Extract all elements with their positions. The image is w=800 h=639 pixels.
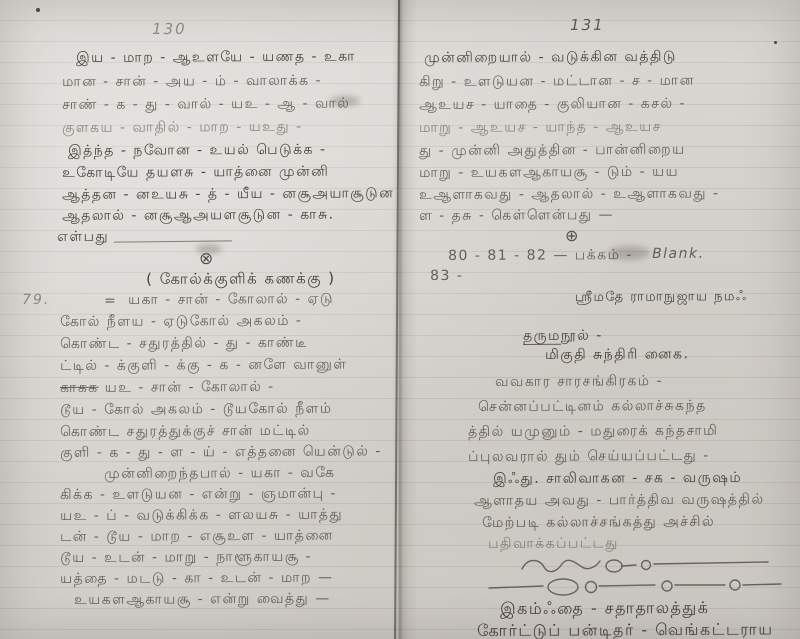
manuscript-line: உயகளஆகாயசூ - என்று வைத்து —	[74, 591, 331, 610]
manuscript-line: இத்ந்த - நவோன - உயல் பெடுக்க -	[68, 142, 327, 161]
manuscript-line: டூய - உடன் - மாறு - நாளூகாயசூ -	[60, 549, 312, 568]
struck-word: காகக	[60, 380, 99, 396]
manuscript-line: ஆதலால் - னசூஆஅயளசூடுன - காசு.	[62, 207, 335, 226]
manuscript-line: உஆளாகவது - ஆதலால் - உஆளாகவது -	[419, 185, 720, 205]
manuscript-line: டன் - டூய - மாற - எசூஉள - யாத்னை	[60, 528, 334, 547]
ink-speck	[36, 8, 40, 12]
manuscript-line: ஆத்தன - னஉயசு - த் - யீய - னசூஅயாசூடுன	[62, 185, 394, 205]
manuscript-ending-word: எள்பது	[57, 229, 109, 247]
manuscript-line: கொண்ட சதுரத்துக்குச் சான் மட்டில்	[60, 423, 311, 442]
manuscript-line: ள - தசு - கெள்ளென்பது —	[419, 207, 614, 226]
invocation-line: ஸ்ரீமதே ராமாநுஜாய நமஃ	[575, 289, 748, 306]
manuscript-scan: 130 இய - மாற - ஆஉளயே - யணத - உகா மான - ச…	[0, 0, 800, 639]
manuscript-line: பதிவாக்கப்பட்டது	[488, 535, 619, 554]
manuscript-line: கோல் நீளய - ஏடுகோல் அகலம் -	[60, 313, 303, 332]
equals-sign: =	[104, 293, 117, 309]
manuscript-line: யஉ - ப் - வடுக்கிக்க - ளலயசு - யாத்து	[60, 507, 343, 526]
manuscript-line: மிகுதி சுந்திரி னைக.	[545, 346, 689, 365]
closing-line: இகம்ஃதை - சதாதாலத்துக்	[500, 598, 710, 620]
book-title-line: தருமநூல் -	[523, 328, 603, 346]
manuscript-line: மாறு - ஆஉயச - யாந்த - ஆஉயச	[419, 119, 662, 138]
manuscript-line: ப்புலவரால் தும் செய்யப்பட்டது -	[468, 448, 710, 467]
manuscript-line: யத்தை - மடடு - கா - உடன் - மாற —	[60, 570, 334, 589]
manuscript-line: ஆளாதய அவது - பார்த்திவ வருஷத்தில்	[474, 491, 765, 511]
manuscript-line: சென்னப்பட்டினம் கல்லாச்சுகந்த	[478, 398, 707, 417]
closing-line: கோர்ட்டுப் பன்டிதர் - வெங்கட்டராய	[477, 619, 774, 639]
flourish-scribble	[518, 555, 774, 579]
manuscript-line: சாண் - க - து - வால் - யஉ - ஆ - வால்	[62, 95, 350, 115]
manuscript-line: குளி - க - து - ள - ய் - எத்தனை யென்டுல்…	[60, 443, 382, 463]
manuscript-line: குளகய - வாதில் - மாற - யஉது -	[62, 119, 303, 138]
item-number: 83 -	[430, 268, 463, 284]
manuscript-line: இஃது. சாலிவாகன - சக - வருஷம்	[493, 470, 742, 489]
manuscript-line: மான - சான் - அய - ம் - வாலாக்க -	[62, 73, 322, 92]
flourish-scribble	[487, 577, 783, 597]
manuscript-line: ட்டில் - க்குளி - க்கு - க - னளே வானுள்	[60, 356, 348, 376]
manuscript-line: டூய - கோல் அகலம் - டூயகோல் நீளம்	[60, 401, 333, 420]
page-number-right: 131	[570, 16, 605, 34]
section-separator-mark: ⊕	[565, 226, 578, 245]
page-number-left: 130	[152, 20, 187, 38]
manuscript-line: உகோடியே தயளசு - யாத்னை முன்னி	[62, 164, 329, 183]
pages-note: 80 - 81 - 82 — பக்கம் -	[448, 247, 633, 266]
manuscript-line: து - முன்னி அதுத்தின - பான்னிறைய	[419, 142, 686, 161]
manuscript-line: மேற்படி கல்லாச்சங்கத்து அச்சில்	[482, 514, 715, 533]
manuscript-line: ஆஉயச - யாதை - குலியான - கசல் -	[419, 96, 686, 115]
manuscript-line: கொண்ட - சதுரத்தில் - து - காண்டீ	[60, 335, 308, 354]
manuscript-line: மாறு - உயகளஆகாயசூ - டும் - யய	[419, 164, 679, 183]
section-heading: ( கோல்க்குளிக் கணக்கு )	[146, 269, 336, 290]
manuscript-line: கிறு - உளடுயன - மட்டான - ச - மான	[419, 73, 695, 92]
manuscript-line: வவகார சாரசங்கிரகம் -	[495, 373, 663, 392]
manuscript-line: முன்னிறையால் - வடுக்கின வத்திடு	[424, 49, 677, 68]
title-rest: நூல் -	[561, 328, 603, 344]
manuscript-line: இய - மாற - ஆஉளயே - யணத - உகா	[76, 49, 356, 68]
title-underlined: தரும	[523, 328, 561, 345]
manuscript-line: த்தில் யமுனும் - மதுரைக் கந்தசாமி	[468, 423, 718, 442]
trailing-rule	[114, 240, 232, 242]
manuscript-line: காகக யஉ - சான் - கோலால் -	[60, 379, 275, 398]
manuscript-line: முன்னிறைந்தபால் - யகா - வகே	[104, 465, 336, 484]
line-rest: யஉ - சான் - கோலால் -	[105, 379, 275, 396]
item-number: 79.	[22, 292, 50, 308]
ink-speck	[774, 41, 777, 44]
manuscript-line: கிக்க - உளடுயன - என்று - ஞமான்பு -	[60, 486, 337, 505]
manuscript-line: யகா - சான் - கோலால் - ஏடு	[128, 291, 334, 310]
pages-note-status: Blank.	[652, 246, 705, 262]
section-separator-mark: ⊗	[199, 249, 213, 269]
